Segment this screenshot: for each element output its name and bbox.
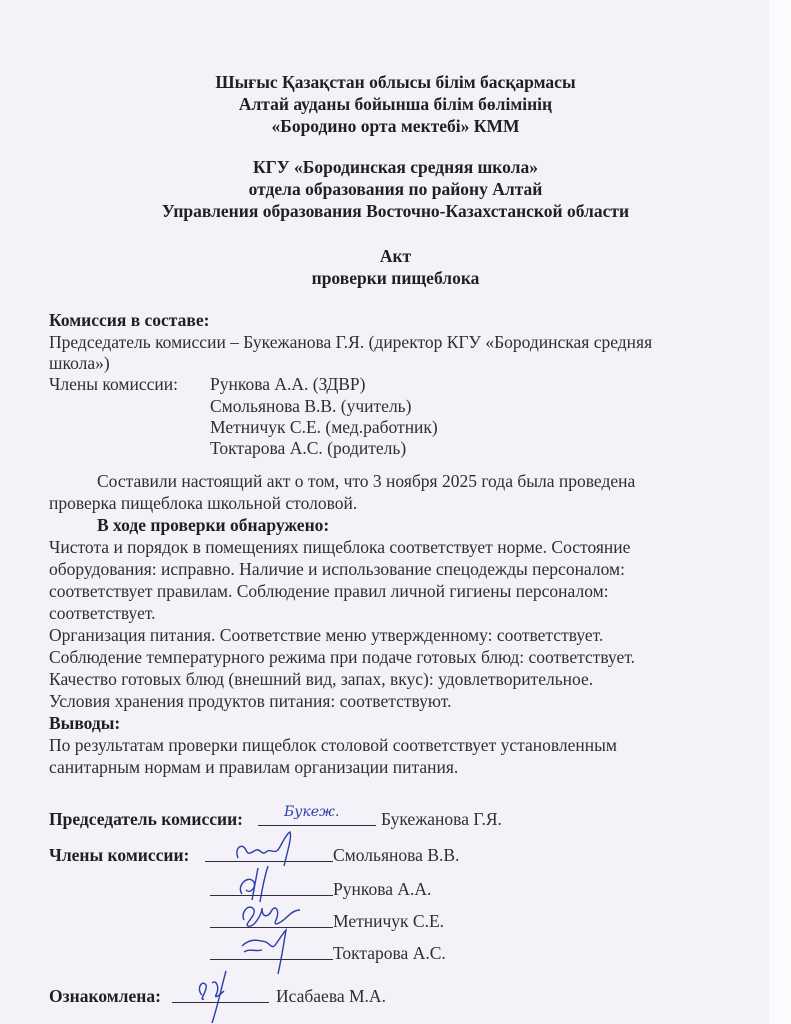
conclusion-line: санитарным нормам и правилам организации… <box>49 756 458 778</box>
finding-line: соответствует. <box>49 602 156 624</box>
acquainted-name: Исабаева М.А. <box>276 985 386 1007</box>
document-subtitle: проверки пищеблока <box>0 267 791 289</box>
commission-chair-line-2: школа») <box>49 352 110 374</box>
chair-name: Букежанова Г.Я. <box>381 808 502 830</box>
members-signature-label: Члены комиссии: <box>49 844 189 866</box>
commission-member: Метничук С.Е. (мед.работник) <box>210 416 438 438</box>
header-ru-line-2: отдела образования по району Алтай <box>0 178 791 200</box>
header-kz-line-2: Алтай ауданы бойынша білім бөлімінің <box>0 93 791 115</box>
member-name: Метничук С.Е. <box>333 910 444 932</box>
finding-line: соответствует правилам. Соблюдение прави… <box>49 580 609 602</box>
commission-chair-line-1: Председатель комиссии – Букежанова Г.Я. … <box>49 331 652 353</box>
intro-line-1: Составили настоящий акт о том, что 3 ноя… <box>97 470 635 492</box>
commission-member: Токтарова А.С. (родитель) <box>210 437 406 459</box>
member-name: Токтарова А.С. <box>333 942 446 964</box>
commission-member: Смольянова В.В. (учитель) <box>210 395 412 417</box>
intro-line-2: проверка пищеблока школьной столовой. <box>49 492 357 514</box>
conclusion-line: По результатам проверки пищеблок столово… <box>49 734 617 756</box>
finding-line: Соблюдение температурного режима при под… <box>49 646 635 668</box>
commission-members-label: Члены комиссии: <box>49 373 178 395</box>
finding-line: оборудования: исправно. Наличие и исполь… <box>49 558 625 580</box>
finding-line: Качество готовых блюд (внешний вид, запа… <box>49 668 593 690</box>
header-kz-line-3: «Бородино орта мектебі» КММ <box>0 115 791 137</box>
chair-signature-label: Председатель комиссии: <box>49 808 243 830</box>
finding-line: Условия хранения продуктов питания: соот… <box>49 690 451 712</box>
acquainted-label: Ознакомлена: <box>49 985 161 1007</box>
commission-heading: Комиссия в составе: <box>49 309 209 331</box>
conclusions-heading: Выводы: <box>49 712 120 734</box>
signature-isabaeva-icon <box>190 965 250 1024</box>
finding-line: Чистота и порядок в помещениях пищеблока… <box>49 536 630 558</box>
header-ru-line-1: КГУ «Бородинская средняя школа» <box>0 156 791 178</box>
findings-heading: В ходе проверки обнаружено: <box>97 514 329 536</box>
chair-signature-line <box>258 825 376 826</box>
header-ru-line-3: Управления образования Восточно-Казахста… <box>0 200 791 222</box>
member-name: Смольянова В.В. <box>333 844 459 866</box>
member-name: Рункова А.А. <box>333 878 431 900</box>
commission-member: Рункова А.А. (ЗДВР) <box>210 373 365 395</box>
document-title: Акт <box>0 245 791 267</box>
finding-line: Организация питания. Соответствие меню у… <box>49 624 603 646</box>
document-page: Шығыс Қазақстан облысы білім басқармасы … <box>0 0 791 1024</box>
header-kz-line-1: Шығыс Қазақстан облысы білім басқармасы <box>0 71 791 93</box>
chair-signature: Букеж. <box>284 804 339 820</box>
